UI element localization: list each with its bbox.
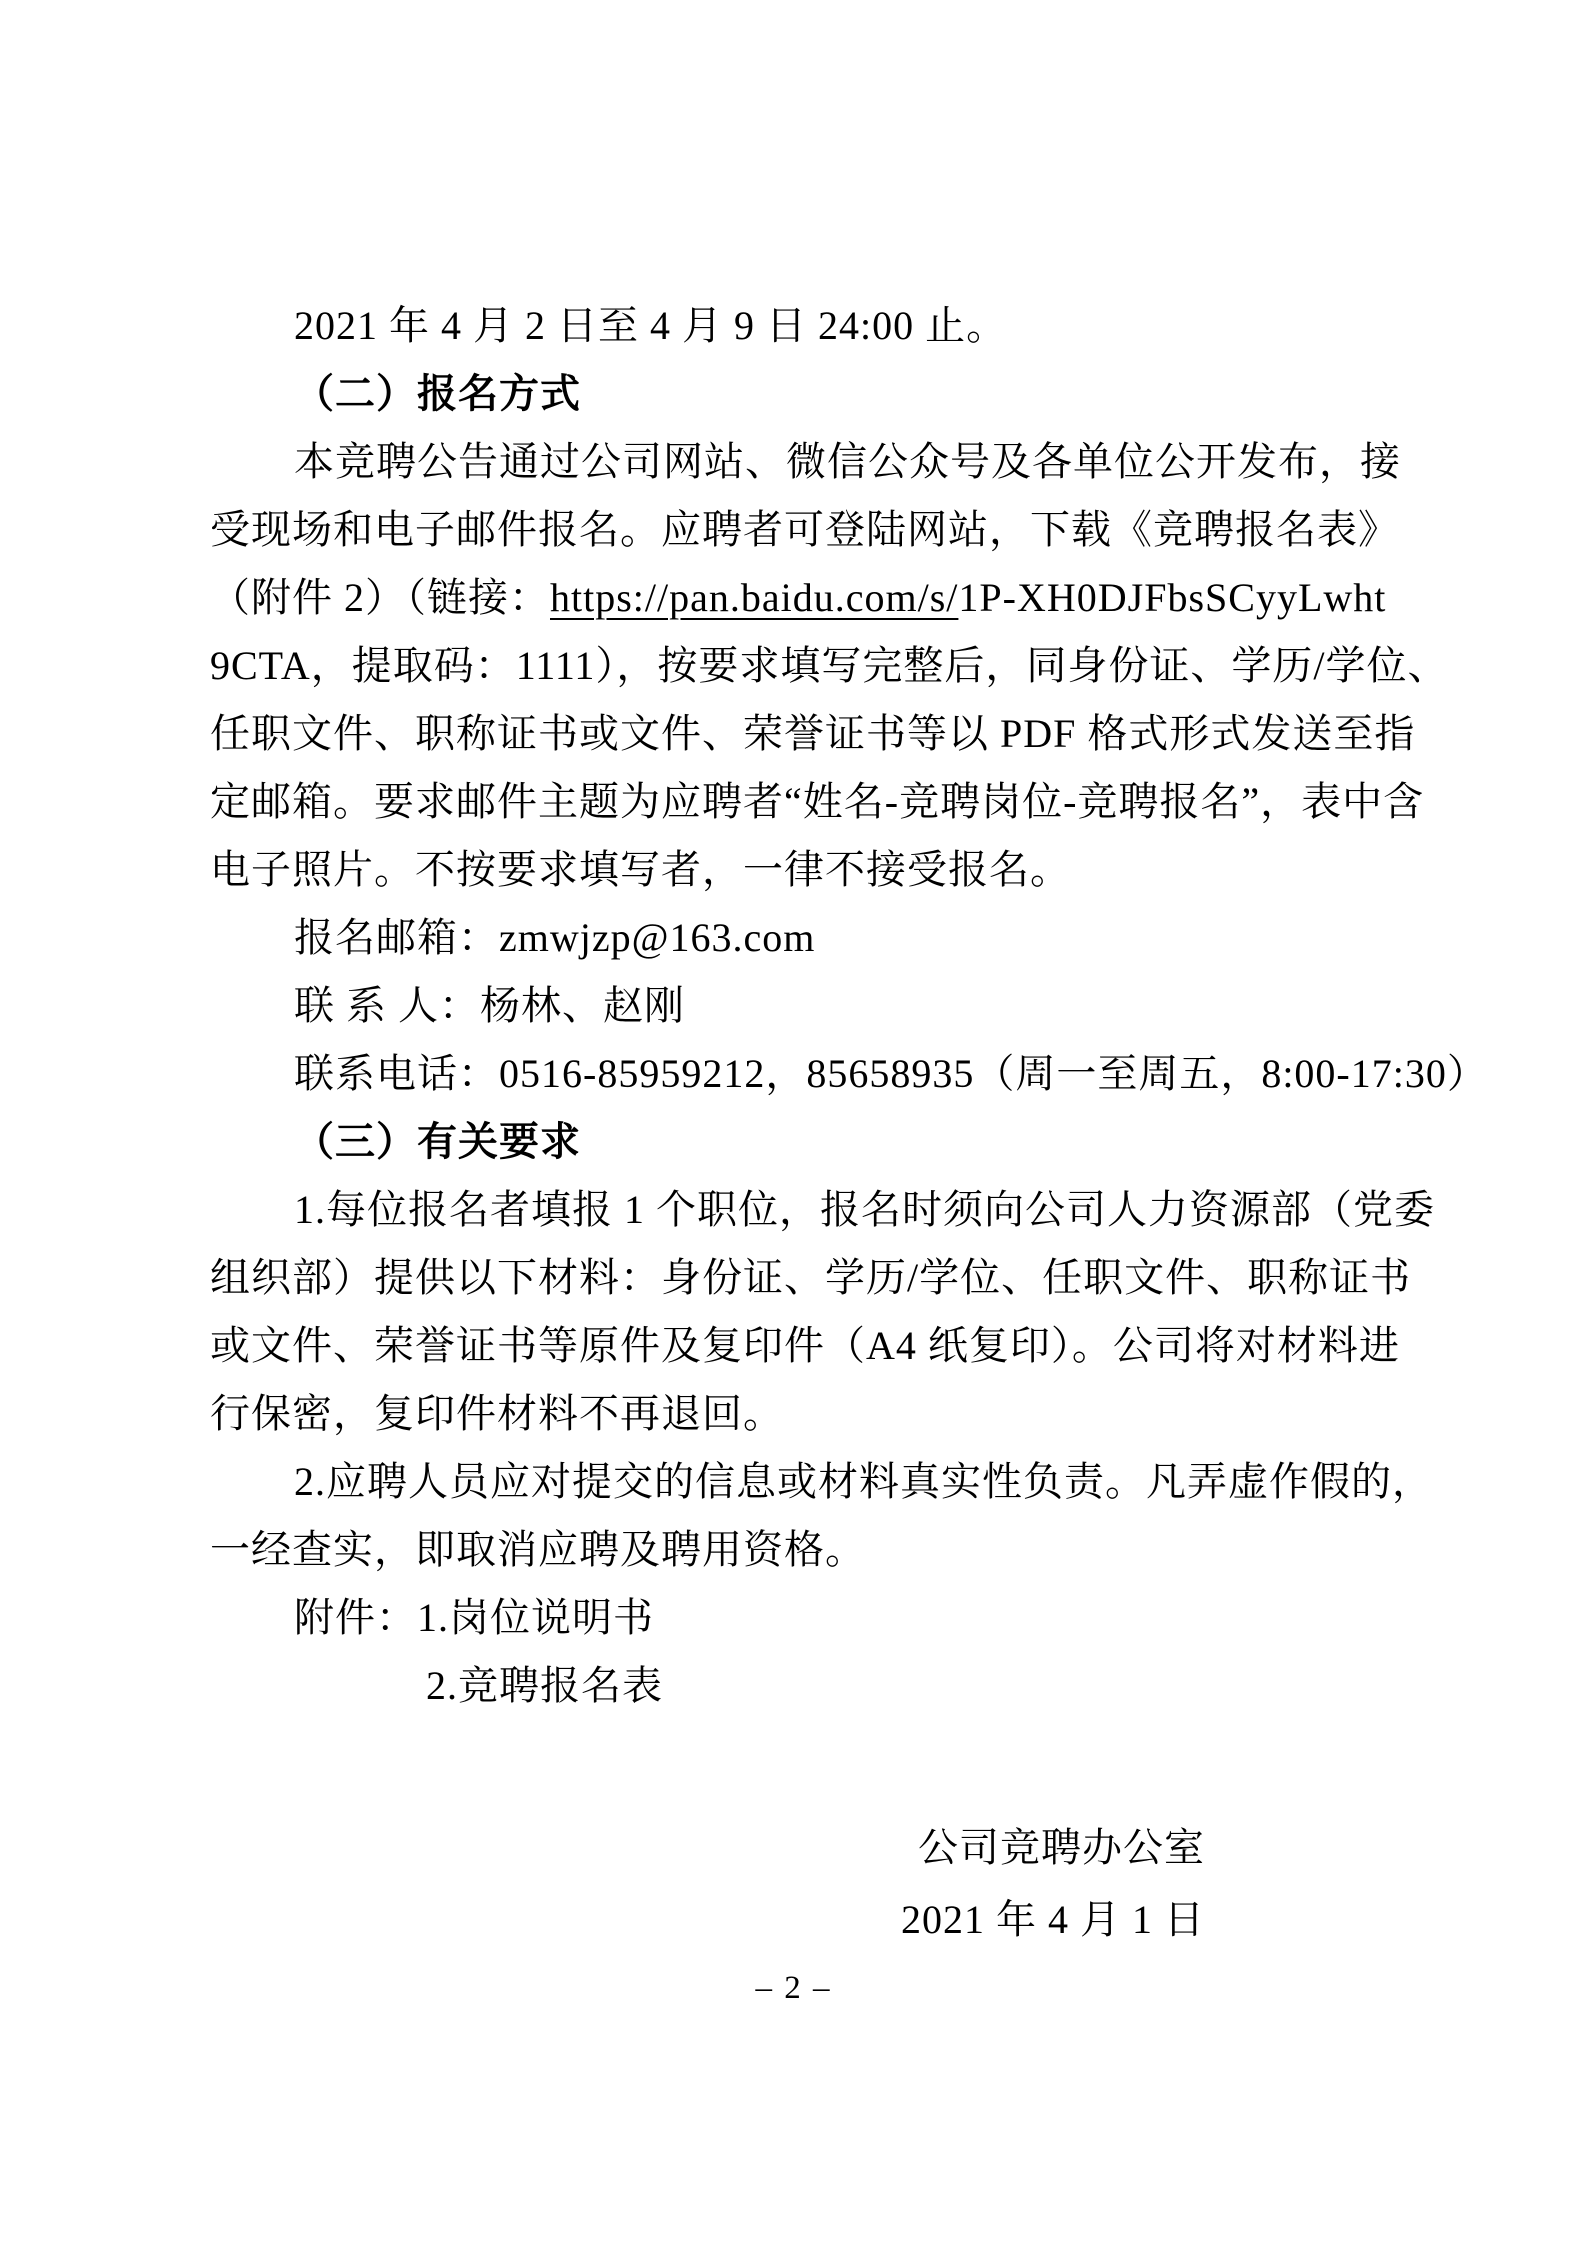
document-line: （二）报名方式 bbox=[210, 360, 1405, 428]
document-body: 2021 年 4 月 2 日至 4 月 9 日 24:00 止。（二）报名方式本… bbox=[210, 292, 1405, 1956]
signature-date: 2021 年 4 月 1 日 bbox=[210, 1884, 1205, 1956]
document-line: 受现场和电子邮件报名。应聘者可登陆网站，下载《竞聘报名表》 bbox=[210, 496, 1405, 564]
document-line: 2.竞聘报名表 bbox=[210, 1652, 1405, 1720]
text-segment: 2.竞聘报名表 bbox=[426, 1663, 663, 1708]
document-line: 1.每位报名者填报 1 个职位，报名时须向公司人力资源部（党委 bbox=[210, 1176, 1405, 1244]
text-segment: 报名邮箱：zmwjzp@163.com bbox=[294, 915, 815, 960]
text-segment: 联 系 人：杨林、赵刚 bbox=[294, 983, 685, 1028]
baidu-pan-link[interactable]: https://pan.baidu.com/s/ bbox=[550, 575, 958, 620]
document-line: （三）有关要求 bbox=[210, 1108, 1405, 1176]
document-line: 组织部）提供以下材料：身份证、学历/学位、任职文件、职称证书 bbox=[210, 1244, 1405, 1312]
text-segment: 9CTA，提取码：1111），按要求填写完整后，同身份证、学历/学位、 bbox=[210, 643, 1448, 688]
document-line: 电子照片。不按要求填写者，一律不接受报名。 bbox=[210, 836, 1405, 904]
document-line: 定邮箱。要求邮件主题为应聘者“姓名-竞聘岗位-竞聘报名”，表中含 bbox=[210, 768, 1405, 836]
document-line: 行保密，复印件材料不再退回。 bbox=[210, 1380, 1405, 1448]
signature-office: 公司竞聘办公室 bbox=[210, 1812, 1205, 1884]
document-line: 2021 年 4 月 2 日至 4 月 9 日 24:00 止。 bbox=[210, 292, 1405, 360]
text-segment: 一经查实，即取消应聘及聘用资格。 bbox=[210, 1527, 866, 1572]
text-segment: 定邮箱。要求邮件主题为应聘者“姓名-竞聘岗位-竞聘报名”，表中含 bbox=[210, 779, 1424, 824]
text-segment: 电子照片。不按要求填写者，一律不接受报名。 bbox=[210, 847, 1071, 892]
text-segment: 联系电话：0516-85959212，85658935（周一至周五，8:00-1… bbox=[294, 1051, 1488, 1096]
document-line: 附件：1.岗位说明书 bbox=[210, 1584, 1405, 1652]
text-segment: 组织部）提供以下材料：身份证、学历/学位、任职文件、职称证书 bbox=[210, 1255, 1411, 1300]
document-line: 或文件、荣誉证书等原件及复印件（A4 纸复印）。公司将对材料进 bbox=[210, 1312, 1405, 1380]
document-line: （附件 2）（链接：https://pan.baidu.com/s/1P-XH0… bbox=[210, 564, 1405, 632]
document-page: 2021 年 4 月 2 日至 4 月 9 日 24:00 止。（二）报名方式本… bbox=[0, 0, 1587, 2245]
document-line: 联 系 人：杨林、赵刚 bbox=[210, 972, 1405, 1040]
text-segment: 附件：1.岗位说明书 bbox=[294, 1595, 654, 1640]
page-number: – 2 – bbox=[0, 1964, 1587, 2012]
document-line: 本竞聘公告通过公司网站、微信公众号及各单位公开发布，接 bbox=[210, 428, 1405, 496]
text-segment: 1.每位报名者填报 1 个职位，报名时须向公司人力资源部（党委 bbox=[294, 1187, 1435, 1232]
text-segment: 或文件、荣誉证书等原件及复印件（A4 纸复印）。公司将对材料进 bbox=[210, 1323, 1400, 1368]
document-line: 一经查实，即取消应聘及聘用资格。 bbox=[210, 1516, 1405, 1584]
document-line: 联系电话：0516-85959212，85658935（周一至周五，8:00-1… bbox=[210, 1040, 1405, 1108]
document-line: 9CTA，提取码：1111），按要求填写完整后，同身份证、学历/学位、 bbox=[210, 632, 1405, 700]
text-segment: 受现场和电子邮件报名。应聘者可登陆网站，下载《竞聘报名表》 bbox=[210, 507, 1399, 552]
document-lines: 2021 年 4 月 2 日至 4 月 9 日 24:00 止。（二）报名方式本… bbox=[210, 292, 1405, 1720]
document-line: 任职文件、职称证书或文件、荣誉证书等以 PDF 格式形式发送至指 bbox=[210, 700, 1405, 768]
text-segment: 2.应聘人员应对提交的信息或材料真实性负责。凡弄虚作假的， bbox=[294, 1459, 1433, 1504]
document-line: 2.应聘人员应对提交的信息或材料真实性负责。凡弄虚作假的， bbox=[210, 1448, 1405, 1516]
text-segment: （三）有关要求 bbox=[294, 1119, 581, 1164]
text-segment: 2021 年 4 月 2 日至 4 月 9 日 24:00 止。 bbox=[294, 303, 1007, 348]
text-segment: 行保密，复印件材料不再退回。 bbox=[210, 1391, 784, 1436]
document-line: 报名邮箱：zmwjzp@163.com bbox=[210, 904, 1405, 972]
text-segment: 任职文件、职称证书或文件、荣誉证书等以 PDF 格式形式发送至指 bbox=[210, 711, 1415, 756]
text-segment: （二）报名方式 bbox=[294, 371, 581, 416]
text-segment: 1P-XH0DJFbsSCyyLwht bbox=[958, 575, 1386, 620]
text-segment: 本竞聘公告通过公司网站、微信公众号及各单位公开发布，接 bbox=[294, 439, 1401, 484]
text-segment: （附件 2）（链接： bbox=[210, 575, 550, 620]
signature-block: 公司竞聘办公室 2021 年 4 月 1 日 bbox=[210, 1812, 1405, 1956]
